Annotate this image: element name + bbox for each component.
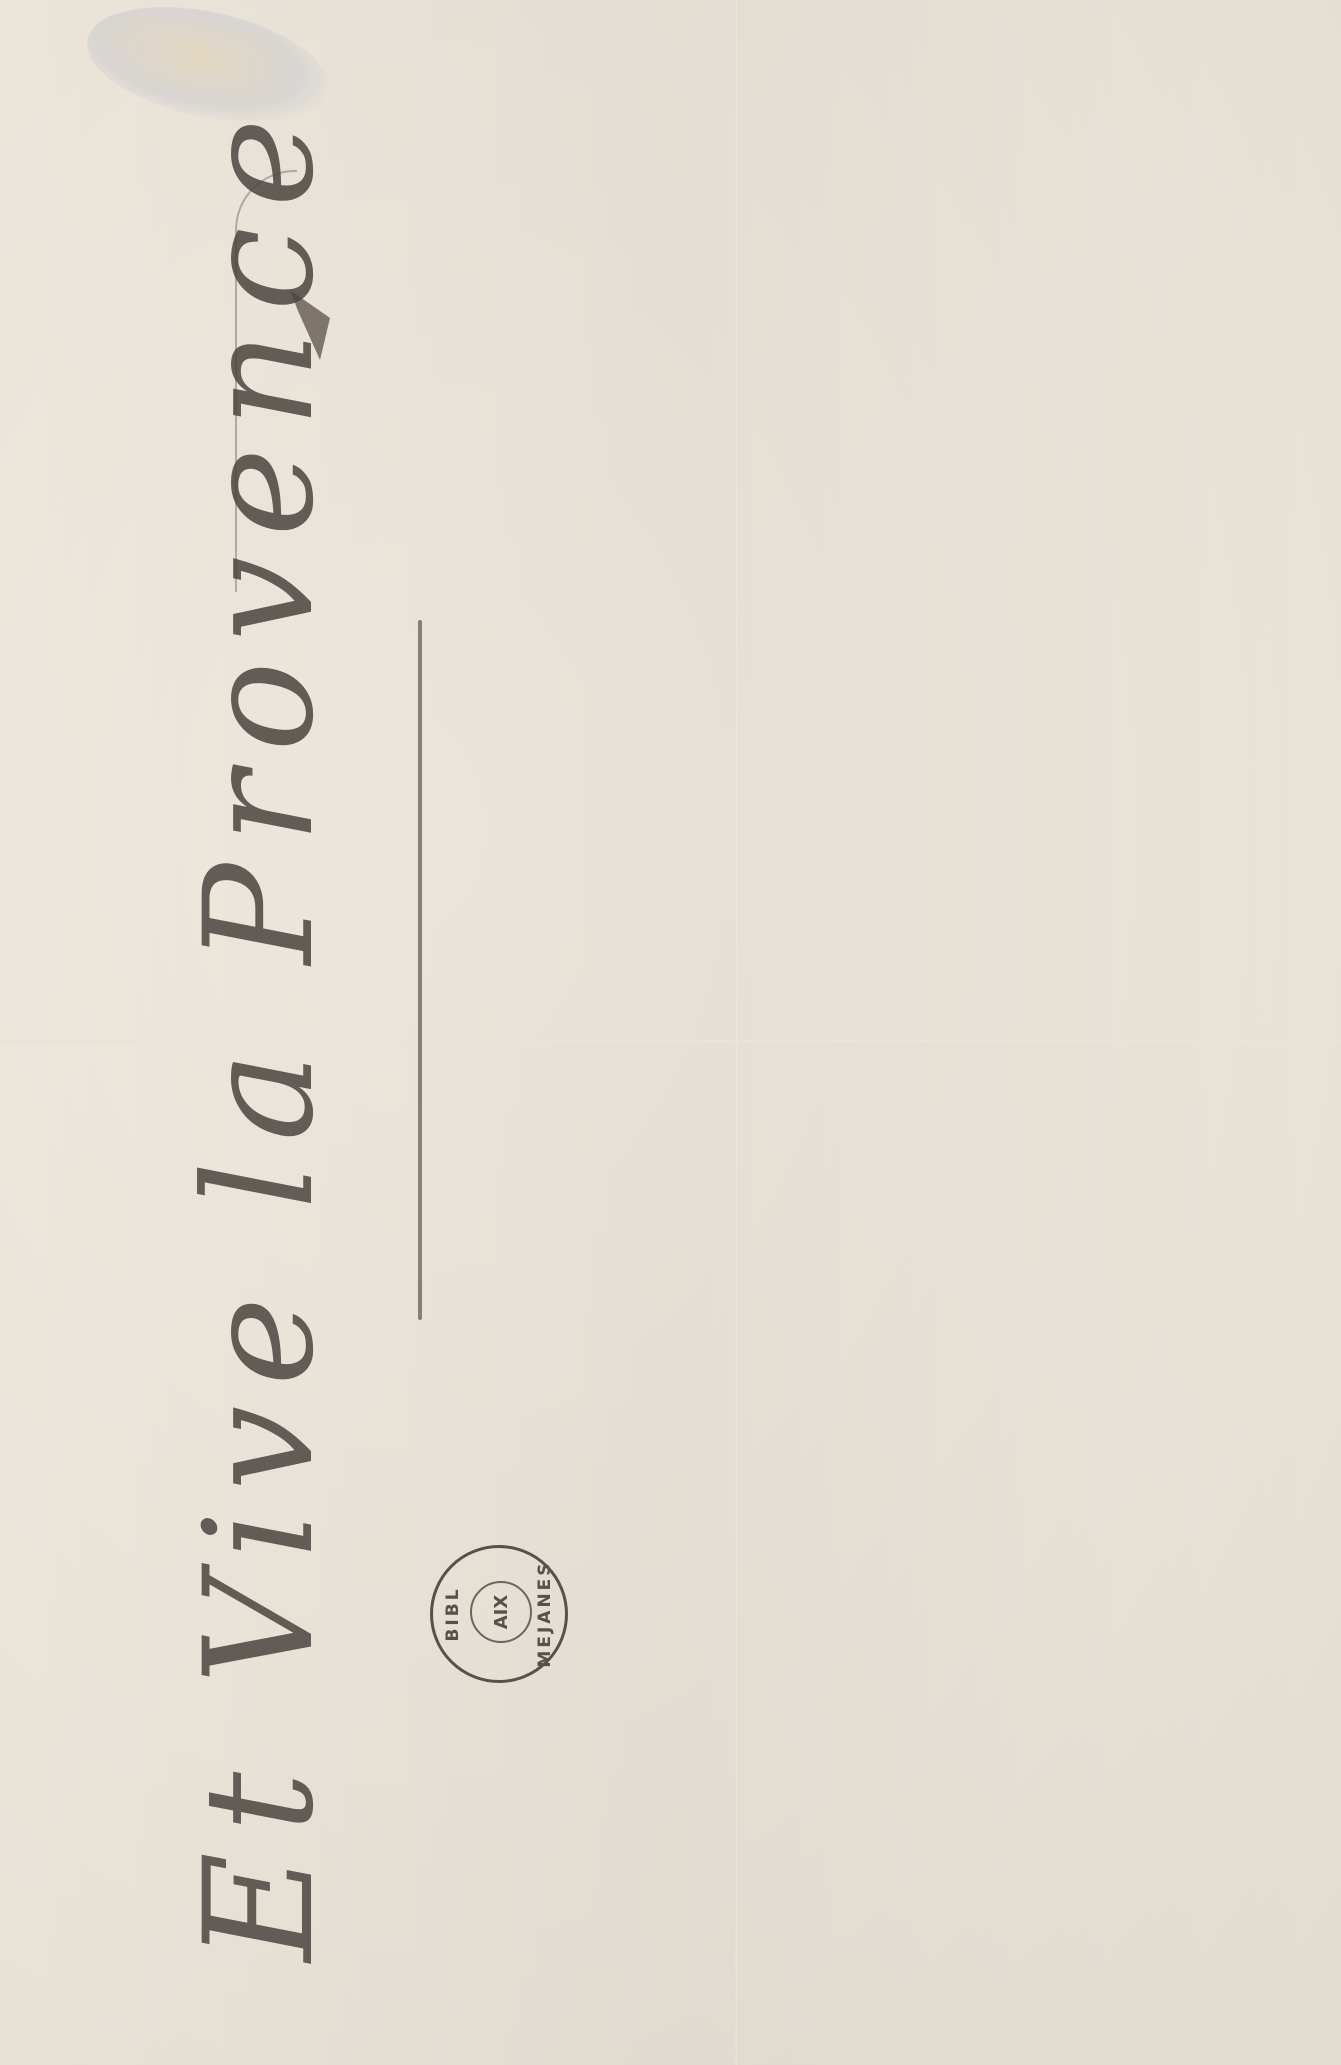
- stamp-center: AIX: [470, 1581, 532, 1643]
- stamp-rotated-content: BIBL AIX MEJANES: [433, 1548, 565, 1680]
- library-stamp: BIBL AIX MEJANES: [430, 1545, 568, 1683]
- stamp-top-text: BIBL: [443, 1548, 463, 1680]
- stamp-bottom-text: MEJANES: [535, 1548, 555, 1680]
- handwritten-inscription: Et Vive la Provence: [173, 98, 347, 1961]
- vertical-fold-line: [735, 0, 738, 2065]
- inscription-underline: [418, 620, 422, 1320]
- stamp-center-text: AIX: [491, 1595, 512, 1630]
